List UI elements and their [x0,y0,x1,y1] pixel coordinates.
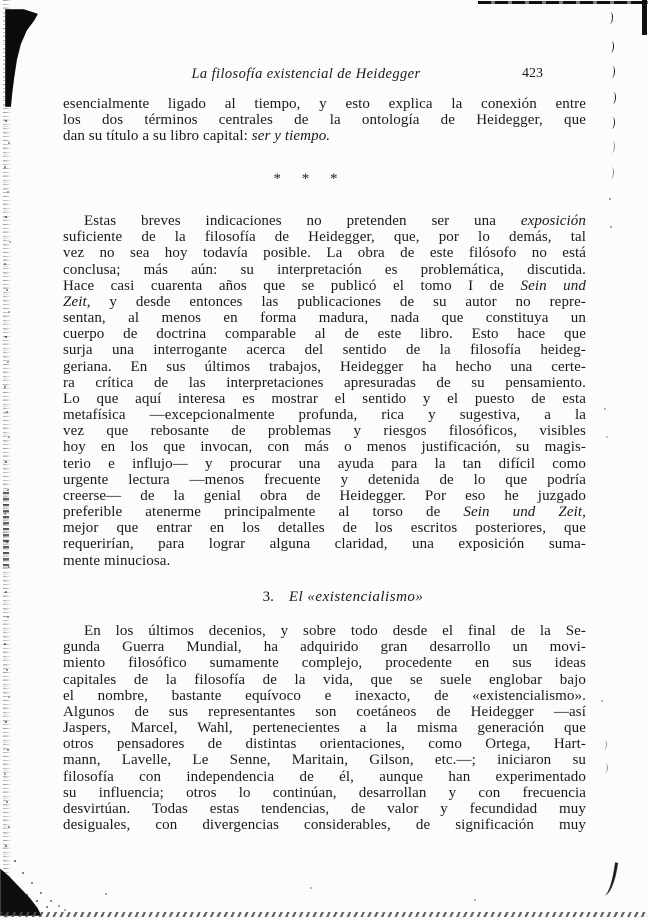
text-line: filosofía con independencia de él, aunqu… [63,769,586,785]
text-line: mejor que entrar en los detalles de los … [63,520,586,536]
scan-mark-arc [608,41,615,53]
running-header-title: La filosofía existencial de Heidegger [63,66,549,83]
text-line: urgente lectura —menos frecuente y deten… [63,472,586,488]
scan-mark-arc [607,12,614,24]
text-line: mann, Lavelle, Le Senne, Maritain, Gilso… [63,752,586,768]
text-line: En los últimos decenios, y sobre todo de… [63,623,586,639]
binding-shadow-top [5,9,38,107]
text-line: desvirtúan. Todas estas tendencias, de v… [63,801,586,817]
text-line: otros pensadores de distintas orientacio… [63,736,586,752]
text-line: metafísica —excepcionalmente profunda, r… [63,407,586,423]
text-line: dan su título a su libro capital: ser y … [63,128,586,144]
text-line: geriana. En sus últimos trabajos, Heideg… [63,359,586,375]
text-line: Jaspers, Marcel, Wahl, pertenecientes a … [63,720,586,736]
text-line: surja una interrogante acerca del sentid… [63,342,586,358]
text-line: vez no sea hoy todavía posible. La obra … [63,245,586,261]
scan-mark-arc [608,167,615,179]
scan-mark-curve [603,861,618,896]
text-line: Estas breves indicaciones no pretenden s… [63,213,586,229]
text-line: su influencia; otros lo continúan, desar… [63,785,586,801]
text-line: gunda Guerra Mundial, ha adquirido gran … [63,639,586,655]
section-heading: 3.El «existencialismo» [63,589,623,606]
paragraph-3: En los últimos decenios, y sobre todo de… [63,623,586,833]
text-line: conclusa; más aún: su interpretación es … [63,262,586,278]
scan-mark-arc [609,117,616,129]
text-line: vez que rebosante de problemas y riesgos… [63,423,586,439]
scan-mark-arc [609,141,616,153]
scan-mark-arc [609,66,616,78]
text-line: capitales de la filosofía de la vida, qu… [63,672,586,688]
text-line: cuerpo de doctrina comparable al de este… [63,326,586,342]
text-line: terio e influjo— y procurar una ayuda pa… [63,456,586,472]
asterisk-separator: * * * [63,171,549,188]
page-edge-line-right [642,0,647,35]
text-line: creerse— de la genial obra de Heidegger.… [63,488,586,504]
paragraph-2: Estas breves indicaciones no pretenden s… [63,213,586,569]
text-line: Lo que aquí interesa es mostrar el senti… [63,391,586,407]
page-edge-line-top [478,1,648,4]
text-line: miento filosófico sumamente complejo, pr… [63,655,586,671]
text-line: los dos términos centrales de la ontolog… [63,112,586,128]
text-line: ra crítica de las interpretaciones apres… [63,375,586,391]
paragraph-1: esencialmente ligado al tiempo, y esto e… [63,96,586,145]
scan-mark-arc [602,763,609,773]
text-line: hoy en los que invocan, con más o menos … [63,439,586,455]
text-line: desiguales, con divergencias considerabl… [63,817,586,833]
binding-shadow-strip [3,0,11,920]
text-line: Hace casi cuarenta años que se publicó e… [63,278,586,294]
bottom-dashed-tear-line [0,912,648,917]
text-line: esencialmente ligado al tiempo, y esto e… [63,96,586,112]
section-heading-title: El «existencialismo» [289,589,424,605]
text-line: suficiente de la filosofía de Heidegger,… [63,229,586,245]
text-line: mente minuciosa. [63,553,586,569]
section-heading-number: 3. [263,589,274,605]
text-line: Zeit, y desde entonces las publicaciones… [63,294,586,310]
text-line: preferible atenerme principalmente al to… [63,504,586,520]
binding-shadow-strip-dense [3,492,9,570]
page-number: 423 [505,66,543,82]
text-line: Algunos de sus representantes son coetán… [63,704,586,720]
scanned-book-page: La filosofía existencial de Heidegger 42… [0,0,648,920]
text-line: sentan, al menos en forma madura, nada q… [63,310,586,326]
scan-mark-arc [610,92,617,104]
text-line: el nombre, bastante equívoco e inexacto,… [63,688,586,704]
scan-speckles [0,0,2,2]
scan-mark-arc [601,740,608,750]
text-line: requerirían, para lograr alguna claridad… [63,536,586,552]
